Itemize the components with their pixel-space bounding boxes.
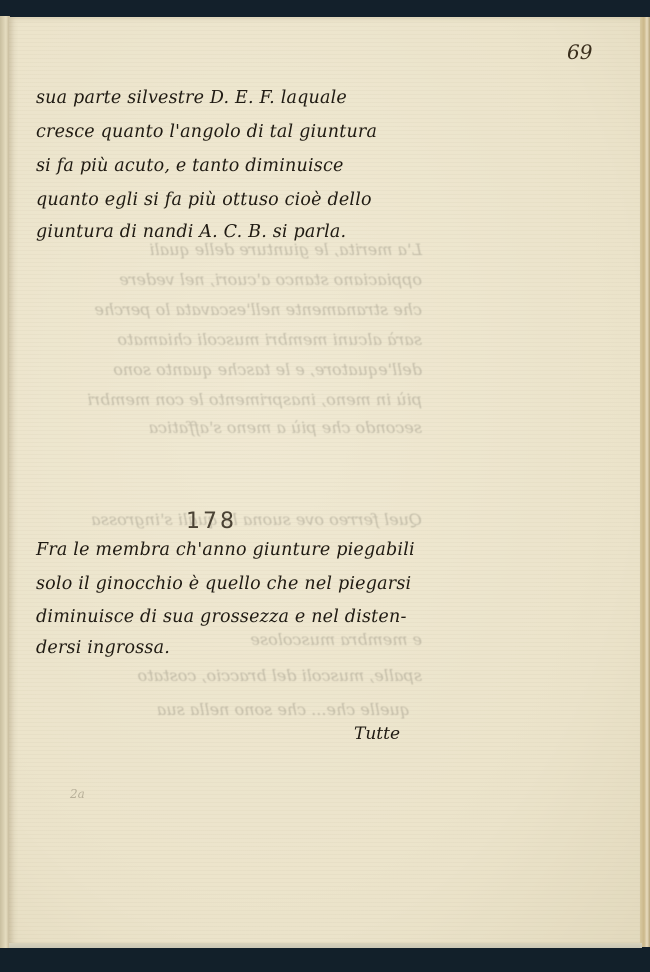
bleed-through-line: che stranamente nell'escavata lo perche [42, 300, 422, 319]
bleed-through-line: spalle, muscoli del braccio, costato [42, 666, 422, 685]
bleed-through-line: dell'equatore, e le tasche quanto sono [42, 360, 422, 379]
paragraph-1-line: quanto egli si fa più ottuso cioè dello [36, 190, 372, 210]
paragraph-1-line: giuntura di nandi A. C. B. si parla. [36, 222, 346, 242]
section-line: solo il ginocchio è quello che nel piega… [36, 574, 411, 594]
section-line: dersi ingrossa. [36, 638, 170, 658]
faint-pencil-mark: 2a [70, 787, 85, 801]
paragraph-1-line: sua parte silvestre D. E. F. laquale [36, 88, 347, 108]
bleed-through-line: oppiaciano stanco a'cuori, nel vedere [42, 270, 422, 289]
paragraph-1-line: cresce quanto l'angolo di tal giuntura [36, 122, 377, 142]
page-stack-edge [640, 17, 650, 947]
section-number: 178 [186, 509, 237, 534]
folio-number: 69 [567, 40, 592, 64]
bleed-through-line: sarà alcuni membri muscoli chiamato [42, 330, 422, 349]
paragraph-1-line: si fa più acuto, e tanto diminuisce [36, 156, 344, 176]
bleed-through-line: più in meno, inasprimento le con membri [42, 390, 422, 409]
bleed-through-line: secondo che più a meno s'affatica [42, 418, 422, 437]
scan-background-top [0, 0, 650, 18]
bleed-through-line: L'a merita, le giunture delle quali [42, 240, 422, 259]
catchword: Tutte [354, 724, 400, 744]
bleed-through-line: quelle che... che sono nella sua [110, 700, 410, 719]
section-line: diminuisce di sua grossezza e nel disten… [36, 607, 407, 627]
section-line: Fra le membra ch'anno giunture piegabili [36, 540, 415, 560]
scan-background-bottom [0, 948, 650, 972]
